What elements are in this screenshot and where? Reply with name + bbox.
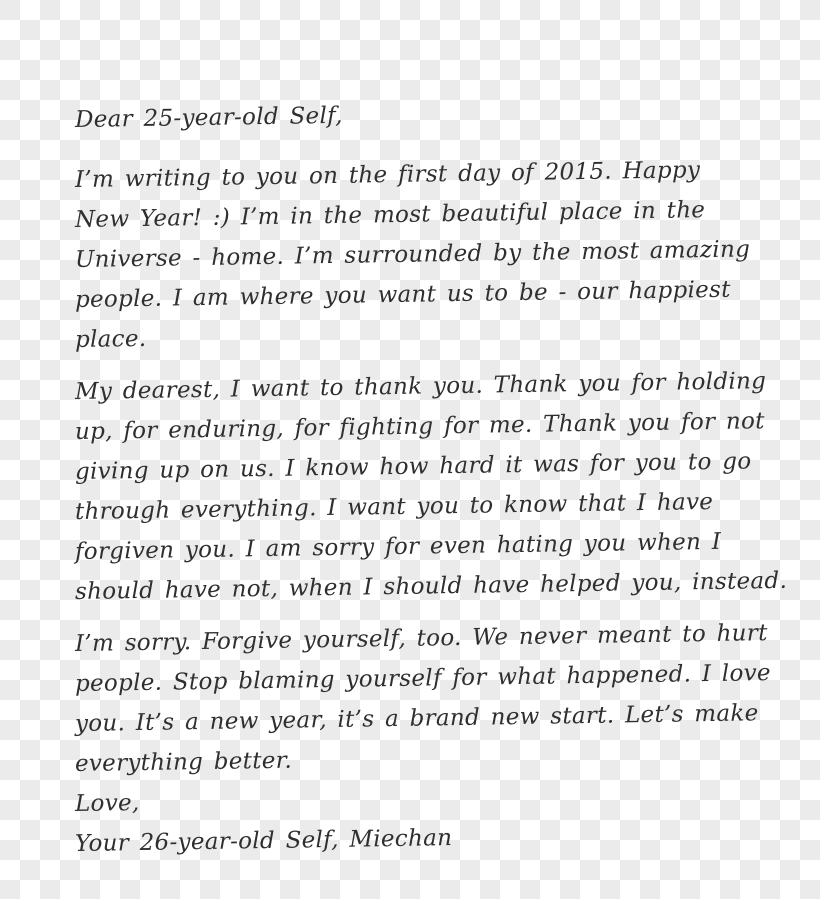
transparent-canvas: { "theme": { "checker_white": "#ffffff",…: [0, 0, 820, 899]
salutation: Dear 25-year-old Self,: [75, 89, 766, 140]
letter-paragraph: My dearest, I want to thank you. Thank y…: [75, 372, 765, 612]
letter-body: I’m writing to you on the first day of 2…: [75, 160, 765, 784]
letter-paragraph: I’m sorry. Forgive yourself, too. We nev…: [75, 624, 765, 784]
handwritten-letter: Dear 25-year-old Self, I’m writing to yo…: [75, 100, 765, 864]
letter-paragraph: I’m writing to you on the first day of 2…: [75, 160, 765, 360]
